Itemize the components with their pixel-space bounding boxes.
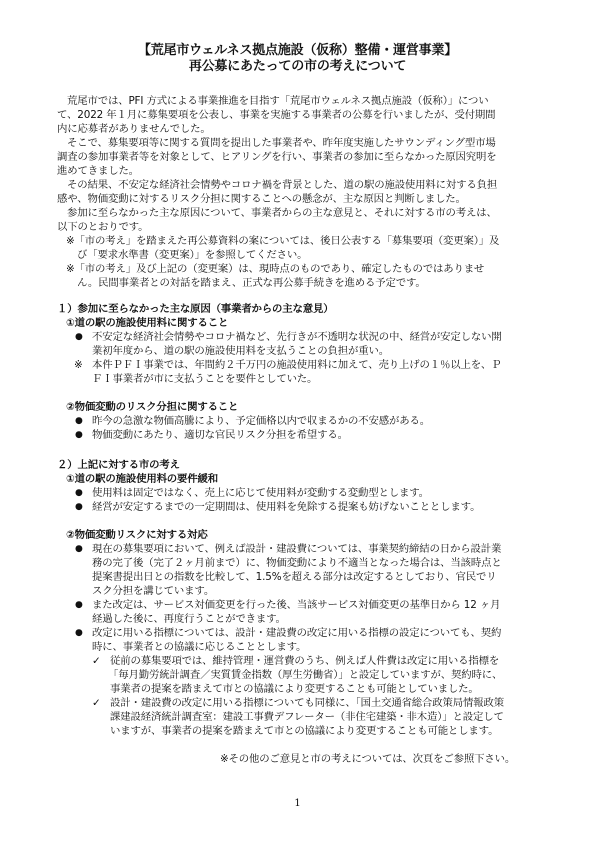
subsection-heading: ②物価変動のリスク分担に関すること [66,400,238,414]
bullet-text: 使用料は固定ではなく、売上に応じて使用料が変動する変動型とします。 [92,486,429,500]
footer-note: ※その他のご意見と市の考えについては、次頁をご参照下さい。 [220,752,515,766]
subsection-heading: ②物価変動リスクに対する対応 [66,528,208,542]
check-item-text: いますが、事業者の提案を踏まえて市との協議により変更することも可能とします。 [110,724,498,738]
note-text: ＦＩ事業者が市に支払うことを要件としていた。 [92,372,317,386]
checkmark-icon: ✓ [92,696,101,710]
bullet-text: 業初年度から、道の駅の施設使用料を支払うことの負担が重い。 [92,344,389,358]
check-item-text: 事業者の提案を踏まえて市との協議により変更することも可能としていました。 [110,682,479,696]
bullet-text: 提案書提出日との指数を比較して、1.5%を超える部分は改定するとしており、官民で… [92,570,497,584]
bullet-text: また改定は、サービス対価変更を行った後、当該サービス対価変更の基準日から 12 … [92,598,500,612]
bullet-text: 物価変動にあたり、適切な官民リスク分担を希望する。 [92,428,348,442]
intro-line: その結果、不安定な経済社会情勢やコロナ禍を背景とした、道の駅の施設使用料に対する… [67,178,497,192]
document-page: 【荒尾市ウェルネス拠点施設（仮称）整備・運営事業】 再公募にあたっての市の考えに… [0,0,595,842]
section-heading: ２）上記に対する市の考え [57,458,180,472]
intro-line: 進めてきました。 [57,164,139,178]
bullet-text: 経過した後に、再度行うことができます。 [92,612,286,626]
note-text: 本件ＰＦＩ事業では、年間約２千万円の施設使用料に加えて、売り上げの１％以上を、Ｐ [92,358,501,372]
bullet-text: 改定に用いる指標については、設計・建設費の改定に用いる指標の設定についても、契約 [92,626,501,640]
bullet-icon: ● [75,428,83,442]
note-line: ※「市の考え」を踏まえた再公募資料の案については、後日公表する「募集要項（変更案… [66,234,499,248]
bullet-icon: ● [75,500,83,514]
page-number: 1 [0,798,595,809]
intro-line: 参加に至らなかった主な原因について、事業者からの主な意見と、それに対する市の考え… [67,206,497,220]
bullet-text: 昨今の急激な物価高騰により、予定価格以内で収まるかの不安感がある。 [92,414,430,428]
intro-line: 以下のとおりです。 [57,220,148,234]
intro-line: て、2022 年１月に募集要項を公表し、事業を実施する事業者の公募を行いましたが… [57,108,495,122]
bullet-text: 時に、事業者との協議に応じることとします。 [92,640,306,654]
intro-line: 調査の参加事業者等を対象として、ヒアリングを行い、事業者の参加に至らなかった原因… [57,150,497,164]
note-line: ※「市の考え」及び上記の（変更案）は、現時点のものであり、確定したものではありま… [66,262,484,276]
check-item-text: 従前の募集要項では、維持管理・運営費のうち、例えば人件費は改定に用いる指標を [110,654,499,668]
bullet-icon: ● [75,486,83,500]
bullet-text: 務の完了後（完了２ヶ月前まで）に、物価変動により不適当となった場合は、当該時点と [92,556,502,570]
checkmark-icon: ✓ [92,654,101,668]
bullet-text: 不安定な経済社会情勢やコロナ禍など、先行きが不透明な状況の中、経営が安定しない開 [92,330,502,344]
note-line: ん。民間事業者との対話を踏まえ、正式な再公募手続きを進める予定です。 [77,276,426,290]
bullet-icon: ● [75,542,83,556]
bullet-icon: ● [75,598,83,612]
subsection-heading: ①道の駅の施設使用料に関すること [66,316,228,330]
intro-line: 荒尾市では、PFI 方式による事業推進を目指す「荒尾市ウェルネス拠点施設（仮称）… [67,94,489,108]
check-item-text: 課建設経済統計調査室：建設工事費デフレーター（非住宅建築・非木造）」と設定して [110,710,504,724]
document-subtitle: 再公募にあたっての市の考えについて [0,59,595,74]
intro-line: そこで、募集要項等に関する質問を提出した事業者や、昨年度実施したサウンディング型… [67,136,496,150]
intro-line: 感や、物価変動に対するリスク分担に関することへの懸念が、主な原因と判断しました。 [57,192,466,206]
note-line: び「要求水準書（変更案）」を参照してください。 [77,248,307,262]
check-item-text: 「毎月勤労統計調査／実質賃金指数（厚生労働省）」と設定していますが、契約時に、 [108,668,502,682]
bullet-icon: ● [75,330,83,344]
bullet-icon: ● [75,626,83,640]
bullet-text: スク分担を講じています。 [92,584,214,598]
section-heading: １）参加に至らなかった主な原因（事業者からの主な意見） [57,302,334,316]
intro-line: 内に応募者がありませんでした。 [57,122,211,136]
bullet-text: 現在の募集要項において、例えば設計・建設費については、事業契約締結の日から設計業 [92,542,501,556]
subsection-heading: ①道の駅の施設使用料の要件緩和 [66,472,218,486]
note-mark-icon: ※ [74,358,83,372]
bullet-icon: ● [75,414,83,428]
check-item-text: 設計・建設費の改定に用いる指標についても同様に、「国土交通省総合政策局情報政策 [110,696,504,710]
bullet-text: 経営が安定するまでの一定期間は、使用料を免除する提案も妨げないこととします。 [92,500,480,514]
document-title: 【荒尾市ウェルネス拠点施設（仮称）整備・運営事業】 [0,43,595,58]
